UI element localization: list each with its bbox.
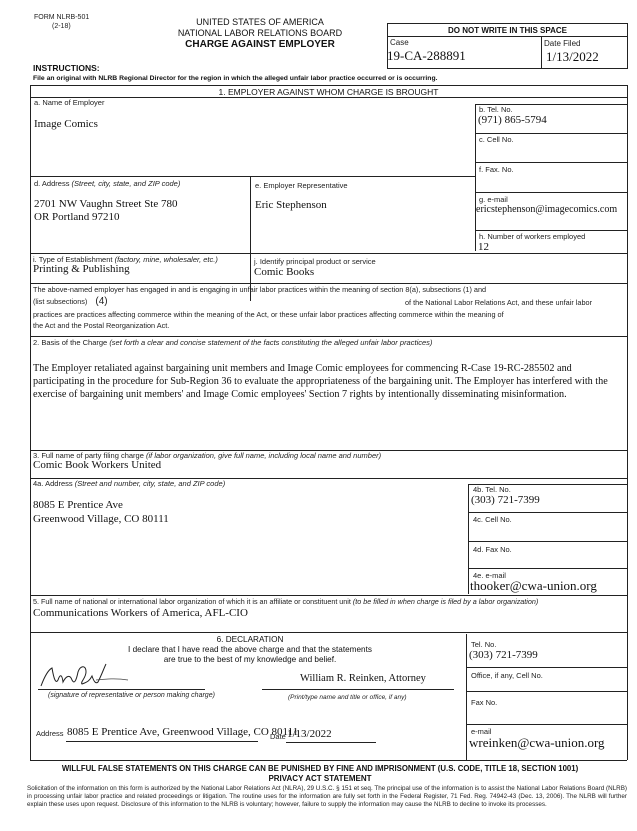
employer-name-field[interactable]: Image Comics <box>34 118 98 131</box>
employer-tel-field[interactable]: (971) 865-5794 <box>478 114 547 127</box>
declarant-tel-label: Tel. No. <box>471 641 496 649</box>
instructions-text: File an original with NLRB Regional Dire… <box>33 75 437 82</box>
establishment-type-field[interactable]: Printing & Publishing <box>33 263 130 276</box>
agency-header: UNITED STATES OF AMERICA NATIONAL LABOR … <box>140 17 380 50</box>
printed-name-field[interactable]: William R. Reinken, Attorney <box>300 673 426 685</box>
filer-address-field[interactable]: 8085 E Prentice Ave Greenwood Village, C… <box>33 498 169 526</box>
office-use-heading: DO NOT WRITE IN THIS SPACE <box>387 26 628 35</box>
employer-representative-field[interactable]: Eric Stephenson <box>255 199 327 212</box>
employer-tel-label: b. Tel. No. <box>479 106 513 114</box>
employer-fax-label: f. Fax. No. <box>479 166 514 174</box>
filing-party-field[interactable]: Comic Book Workers United <box>33 459 161 472</box>
filer-tel-label: 4b. Tel. No. <box>473 486 511 494</box>
declaration-heading: 6. DECLARATION <box>120 635 380 645</box>
employer-address-label: d. Address (Street, city, state, and ZIP… <box>34 180 180 188</box>
affiliate-org-field[interactable]: Communications Workers of America, AFL-C… <box>33 607 248 620</box>
basis-of-charge-field[interactable]: The Employer retaliated against bargaini… <box>33 362 625 401</box>
subsections-field[interactable]: (4) <box>95 296 107 307</box>
instructions-heading: INSTRUCTIONS: <box>33 63 100 73</box>
filer-tel-field[interactable]: (303) 721-7399 <box>471 494 540 507</box>
header-line1: UNITED STATES OF AMERICA <box>140 17 380 28</box>
employer-address-field[interactable]: 2701 NW Vaughn Street Ste 780 OR Portlan… <box>34 198 178 223</box>
declarant-address-label: Address <box>36 730 64 738</box>
date-filed-label: Date Filed <box>544 40 580 49</box>
declarant-address-field[interactable]: 8085 E Prentice Ave, Greenwood Village, … <box>67 726 298 739</box>
employer-email-label: g. e-mail <box>479 196 508 204</box>
case-label: Case <box>390 39 409 48</box>
form-revision: (2-18) <box>52 23 71 31</box>
declarant-cell-label: Office, if any, Cell No. <box>471 672 543 680</box>
unfair-practices-statement: The above-named employer has engaged in … <box>33 286 623 333</box>
declaration-date-label: Date <box>270 733 286 741</box>
workers-employed-label: h. Number of workers employed <box>479 233 585 241</box>
signature-image <box>36 660 146 690</box>
filer-fax-label: 4d. Fax No. <box>473 546 512 554</box>
form-title: CHARGE AGAINST EMPLOYER <box>140 39 380 50</box>
basis-of-charge-label: 2. Basis of the Charge (set forth a clea… <box>33 339 432 347</box>
affiliate-org-label: 5. Full name of national or internationa… <box>33 598 538 606</box>
employer-email-field[interactable]: ericstephenson@imagecomics.com <box>476 204 617 216</box>
printed-name-caption: (Print/type name and title or office, if… <box>288 694 407 701</box>
date-filed: 1/13/2022 <box>546 50 599 65</box>
declarant-fax-label: Fax No. <box>471 699 497 707</box>
workers-employed-field[interactable]: 12 <box>478 241 489 254</box>
filer-address-label: 4a. Address (Street and number, city, st… <box>33 480 225 488</box>
header-line2: NATIONAL LABOR RELATIONS BOARD <box>140 28 380 39</box>
form-id: FORM NLRB-501 <box>34 14 89 22</box>
declaration-block: 6. DECLARATION I declare that I have rea… <box>120 635 380 665</box>
privacy-statement: Solicitation of the information on this … <box>27 785 627 809</box>
employer-cell-label: c. Cell No. <box>479 136 514 144</box>
declarant-tel-field[interactable]: (303) 721-7399 <box>469 649 538 662</box>
declarant-email-field[interactable]: wreinken@cwa-union.org <box>469 736 605 751</box>
employer-representative-label: e. Employer Representative <box>255 182 348 190</box>
signature-caption: (signature of representative or person m… <box>48 692 215 700</box>
section1-heading: 1. EMPLOYER AGAINST WHOM CHARGE IS BROUG… <box>30 87 627 97</box>
employer-name-label: a. Name of Employer <box>34 99 104 107</box>
false-statement-warning: WILLFUL FALSE STATEMENTS ON THIS CHARGE … <box>20 764 620 773</box>
filer-cell-label: 4c. Cell No. <box>473 516 512 524</box>
principal-product-label: j. Identify principal product or service <box>254 258 376 266</box>
principal-product-field[interactable]: Comic Books <box>254 266 314 279</box>
declaration-date-field[interactable]: 1/13/2022 <box>287 728 332 741</box>
case-number: 19-CA-288891 <box>387 49 466 64</box>
privacy-heading: PRIVACY ACT STATEMENT <box>20 774 620 783</box>
filer-email-field[interactable]: thooker@cwa-union.org <box>470 579 597 594</box>
